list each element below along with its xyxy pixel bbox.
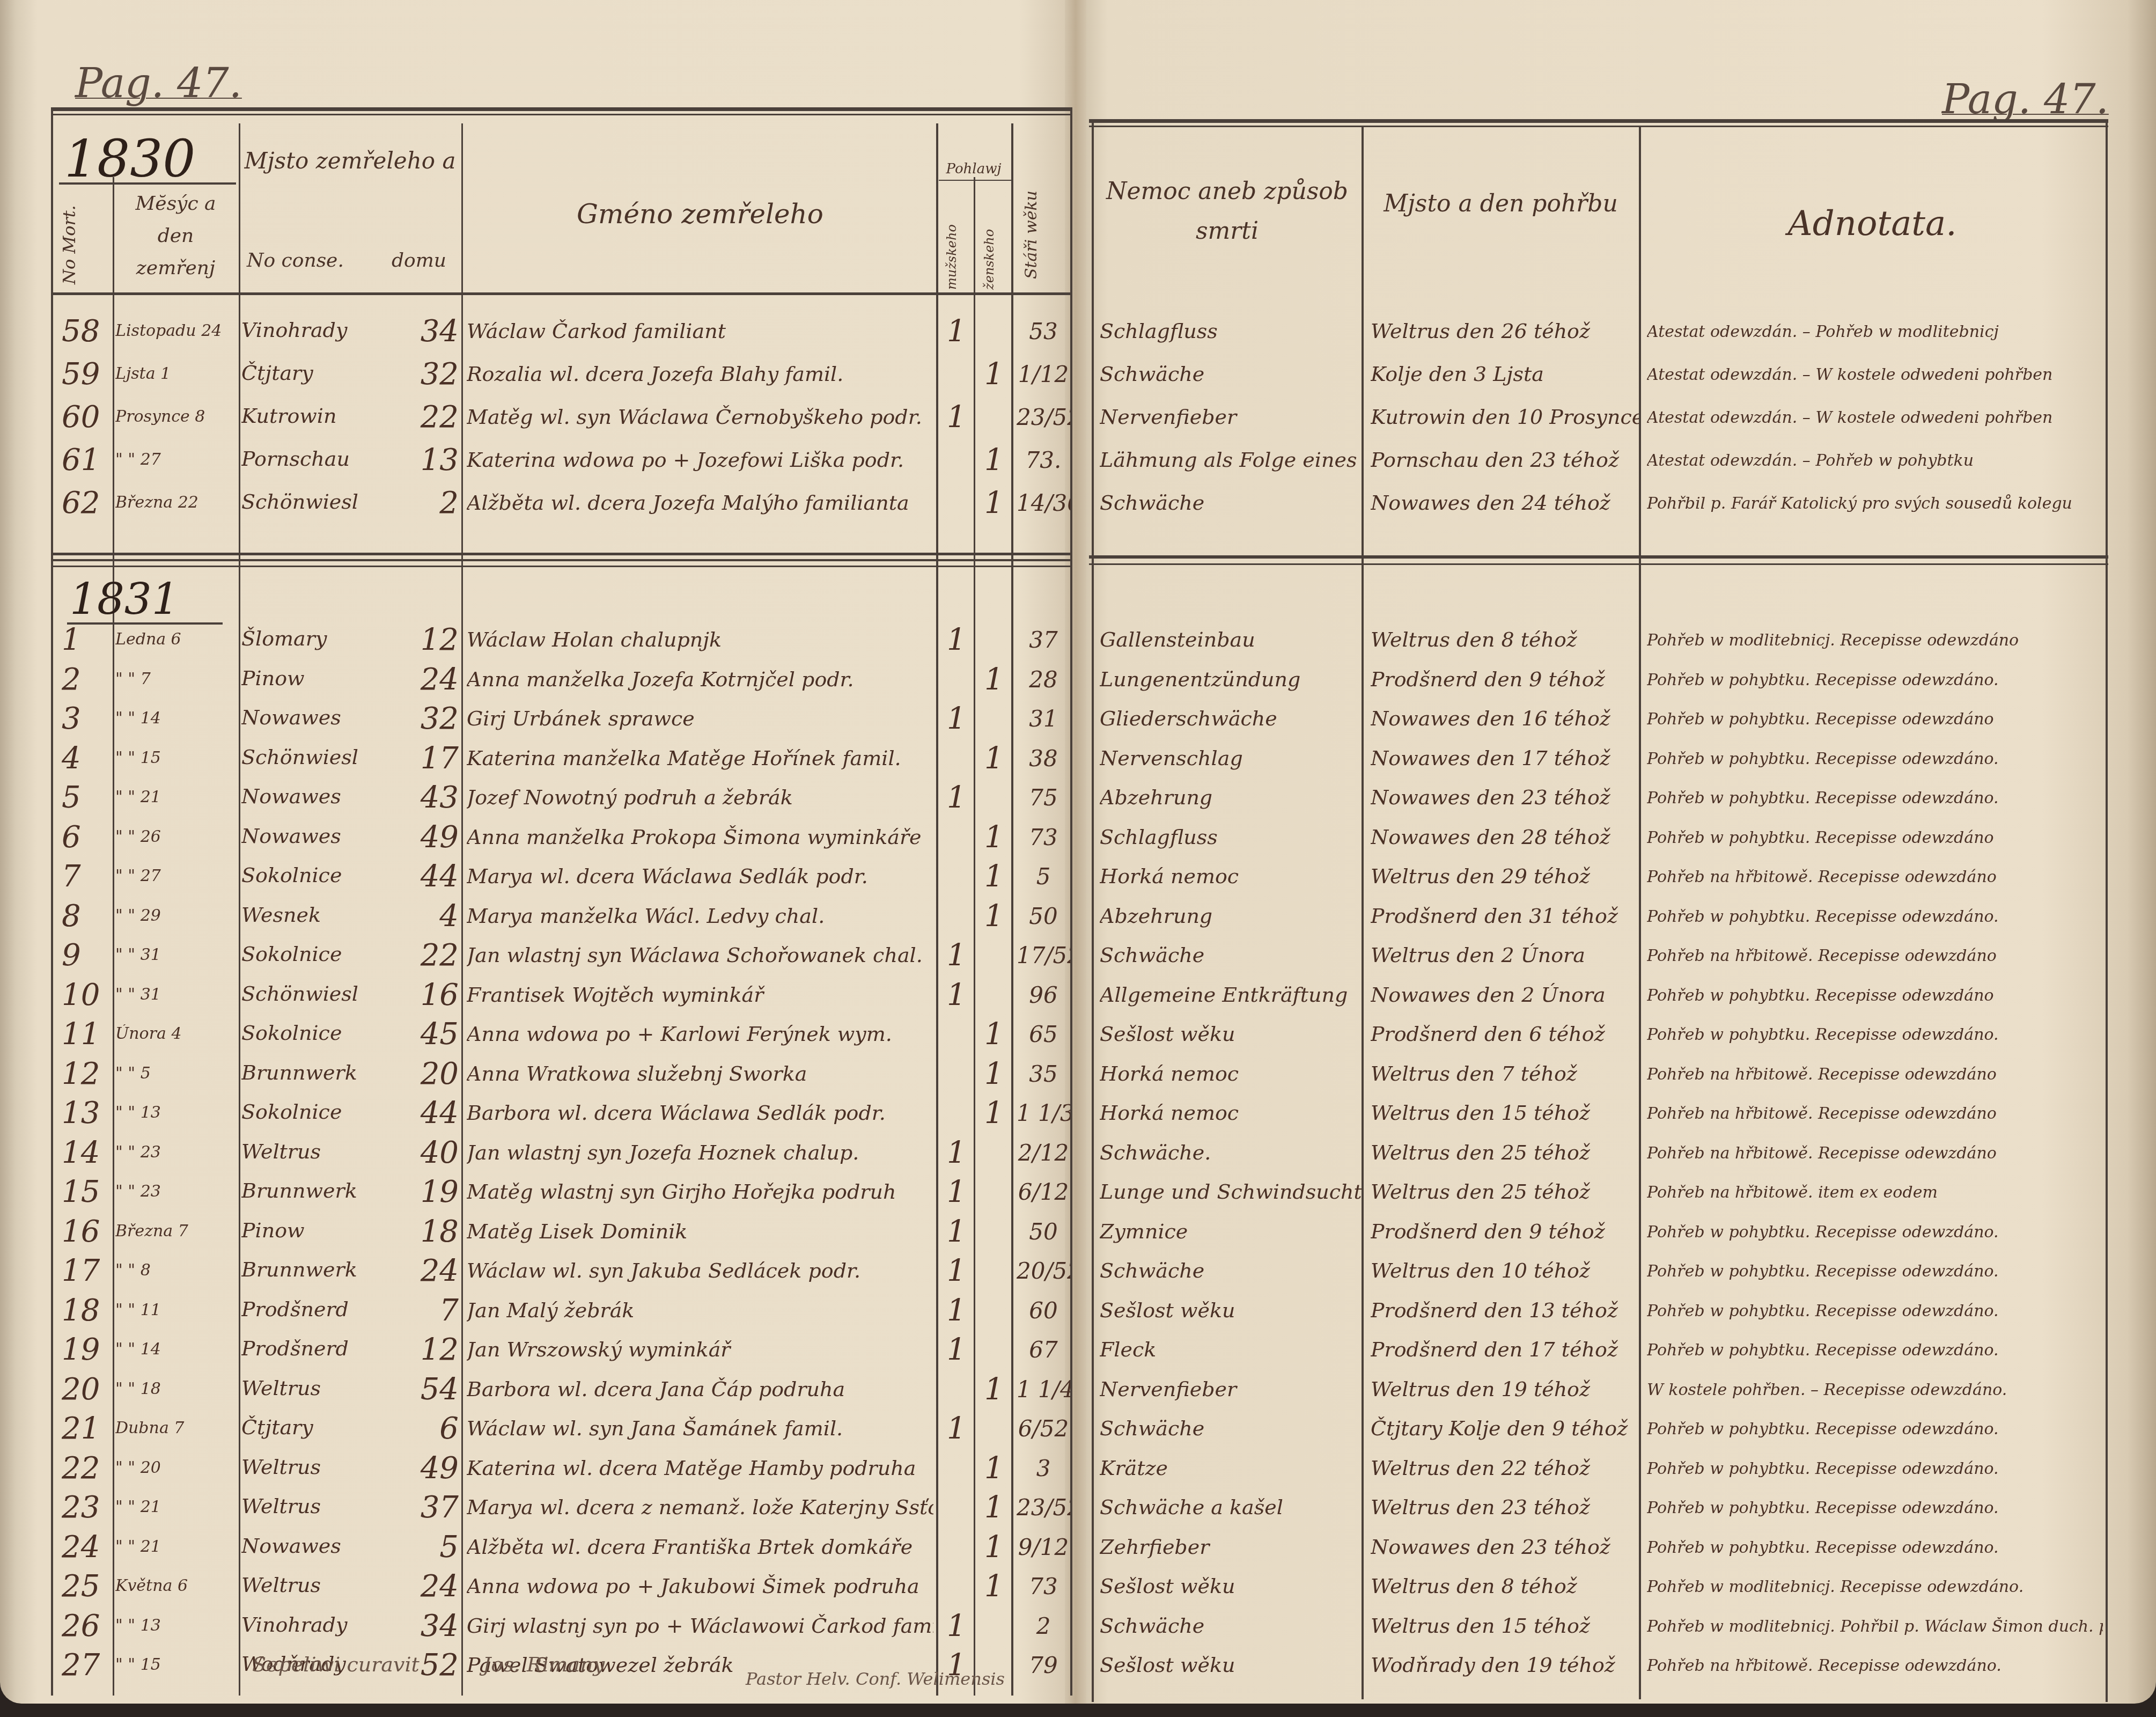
age: 73 [1017,1573,1070,1599]
house-number: 40 [394,1135,459,1170]
register-row-right: Sešlost wěkuProdšnerd den 6 téhožPohřeb … [1092,1017,2106,1059]
pohlawj-underline [939,180,1011,181]
entry-number: 23 [62,1490,100,1525]
entry-number: 4 [62,741,81,776]
header-annotations: Adnotata. [1642,204,2103,244]
deceased-name: Jozef Nowotný podruh a žebrák [467,786,933,809]
cause-of-death: Zymnice [1100,1220,1363,1243]
burial-place-date: Weltrus den 25 téhož [1371,1141,1639,1164]
entry-number: 18 [62,1293,100,1328]
annotation: W kostele pohřben. – Recepisse odewzdáno… [1647,1381,2103,1399]
deceased-name: Anna manželka Prokopa Šimona wyminkáře [467,825,933,849]
death-date: " " 21 [115,788,236,806]
place: Brunnwerk [241,1179,376,1202]
annotation: Pohřeb w pohybtku. Recepisse odewzdáno. [1647,1223,2103,1242]
register-row-right: KrätzeWeltrus den 22 téhožPohřeb w pohyb… [1092,1451,2106,1493]
annotation: Pohřbil p. Farář Katolický pro svých sou… [1647,494,2103,513]
house-number: 24 [394,1569,459,1604]
header-male: mužskeho [944,224,959,290]
register-row: 12" " 5Brunnwerk20Anna Wratkowa služebnj… [51,1056,1070,1098]
cause-of-death: Schwäche [1100,1417,1363,1440]
cause-of-death: Lähmung als Folge eines Schlagflusses [1100,448,1363,472]
male-count: 1 [947,978,966,1012]
burial-place-date: Weltrus den 10 téhož [1371,1259,1639,1282]
entry-number: 12 [62,1056,100,1091]
place: Pornschau [241,447,376,471]
register-row: 59Ljsta 1Čtjtary32Rozalia wl. dcera Joze… [51,357,1070,399]
header-domu: domu [392,250,446,272]
register-row-right: Lunge und SchwindsuchtWeltrus den 25 téh… [1092,1175,2106,1216]
place: Čtjtary [241,1415,376,1439]
male-count: 1 [947,1214,966,1249]
house-number: 24 [394,662,459,697]
section-1830-end-rule-3 [51,566,1070,567]
deceased-name: Katerina manželka Matěge Hořínek famil. [467,746,933,770]
death-date: " " 8 [115,1261,236,1280]
deceased-name: Jan wlastnj syn Jozefa Hoznek chalup. [467,1141,933,1164]
register-row-right: Sešlost wěkuWodňrady den 19 téhožPohřeb … [1092,1648,2106,1690]
register-row-right: AbzehrungProdšnerd den 31 téhožPohřeb w … [1092,899,2106,941]
age: 31 [1017,706,1070,732]
cause-of-death: Lungenentzündung [1100,667,1363,691]
place: Čtjtary [241,361,376,385]
place: Šlomary [241,627,376,650]
annotation: Pohřeb w pohybtku. Recepisse odewzdáno [1647,828,2103,847]
annotation: Atestat odewzdán. – W kostele odwedeni p… [1647,408,2103,427]
house-number: 32 [394,357,459,392]
deceased-name: Wáclaw wl. syn Jana Šamánek famil. [467,1417,933,1440]
header-burial: Mjsto a den pohřbu [1365,182,1636,225]
register-row: 16Března 7Pinow18Matěg Lisek Dominik150 [51,1214,1070,1256]
male-count: 1 [947,1253,966,1288]
house-number: 24 [394,1253,459,1288]
burial-place-date: Nowawes den 2 Února [1371,983,1639,1007]
register-row-right: Schwäche a kašelWeltrus den 23 téhožPohř… [1092,1490,2106,1532]
header-place: Mjsto zemřeleho a [241,140,459,182]
register-row-right: SchwächeKolje den 3 LjstaAtestat odewzdá… [1092,357,2106,399]
cause-of-death: Abzehrung [1100,904,1363,928]
female-count: 1 [984,741,1004,776]
register-row-right: NervenschlagNowawes den 17 téhožPohřeb w… [1092,741,2106,783]
death-date: " " 29 [115,906,236,925]
register-row: 4" " 15Schönwiesl17Katerina manželka Mat… [51,741,1070,783]
burial-place-date: Čtjtary Kolje den 9 téhož [1371,1417,1639,1440]
header-age: Stáři wěku [1022,190,1041,279]
deceased-name: Matěg wlastnj syn Girjho Hořejka podruh [467,1180,933,1204]
year-underline [59,182,236,185]
place: Brunnwerk [241,1061,376,1084]
place: Sokolnice [241,1021,376,1045]
cause-of-death: Gliederschwäche [1100,707,1363,730]
annotation: Pohřeb w pohybtku. Recepisse odewzdáno. [1647,789,2103,808]
place: Wesnek [241,903,376,927]
register-row: 19" " 14Prodšnerd12Jan Wrszowský wyminká… [51,1332,1070,1374]
annotation: Pohřeb w pohybtku. Recepisse odewzdáno [1647,710,2103,729]
death-date: " " 31 [115,985,236,1004]
age: 73. [1017,447,1070,473]
age: 96 [1017,982,1070,1008]
cause-of-death: Schwäche [1100,943,1363,967]
age: 20/52 [1017,1258,1070,1284]
annotation: Pohřeb w pohybtku. Recepisse odewzdáno [1647,986,2103,1005]
register-row-right: LungenentzündungProdšnerd den 9 téhožPoh… [1092,662,2106,704]
burial-place-date: Weltrus den 8 téhož [1371,628,1639,651]
annotation: Pohřeb w pohybtku. Recepisse odewzdáno. [1647,1538,2103,1557]
male-count: 1 [947,622,966,657]
house-number: 54 [394,1372,459,1407]
house-number: 7 [394,1293,459,1328]
open-register-book: Pag. 47. 1830 No Mort. Mĕsýc a den zemře… [0,0,2156,1717]
register-row-right: Horká nemocWeltrus den 29 téhožPohřeb na… [1092,859,2106,901]
register-row: 62Března 22Schönwiesl2Alžběta wl. dcera … [51,486,1070,527]
female-count: 1 [984,1451,1004,1486]
register-row: 11Února 4Sokolnice45Anna wdowa po + Karl… [51,1017,1070,1059]
burial-place-date: Weltrus den 15 téhož [1371,1101,1639,1125]
place: Weltrus [241,1573,376,1597]
entry-number: 6 [62,820,81,855]
year-1830: 1830 [64,129,195,189]
age: 2/12 [1017,1140,1070,1166]
header-month-day: Mĕsýc a den zemřenj [115,188,236,284]
header-no-consc: No conse. [247,250,344,272]
deceased-name: Girj wlastnj syn po + Wáclawowi Čarkod f… [467,1614,933,1638]
cause-of-death: Schlagfluss [1100,319,1363,343]
register-row: 7" " 27Sokolnice44Marya wl. dcera Wáclaw… [51,859,1070,901]
female-count: 1 [984,1372,1004,1407]
cause-of-death: Nervenfieber [1100,405,1363,429]
place: Nowawes [241,706,376,729]
deceased-name: Marya wl. dcera z nemanž. lože Katerjny … [467,1495,933,1519]
register-row-right: GliederschwächeNowawes den 16 téhožPohře… [1092,701,2106,743]
burial-place-date: Prodšnerd den 31 téhož [1371,904,1639,928]
place: Sokolnice [241,1100,376,1124]
death-date: " " 21 [115,1537,236,1556]
cause-of-death: Horká nemoc [1100,1062,1363,1085]
section-1830-end-rule-2 [51,559,1070,561]
entry-number: 59 [62,357,100,392]
entry-number: 25 [62,1569,100,1604]
register-row: 25Května 6Weltrus24Anna wdowa po + Jakub… [51,1569,1070,1611]
age: 3 [1017,1455,1070,1481]
death-date: " " 27 [115,867,236,885]
cause-of-death: Krätze [1100,1456,1363,1480]
house-number: 12 [394,1332,459,1367]
burial-place-date: Weltrus den 19 téhož [1371,1377,1639,1401]
cause-of-death: Schwäche. [1100,1141,1363,1164]
house-number: 22 [394,938,459,973]
cause-of-death: Schwäche [1100,1259,1363,1282]
deceased-name: Jan Wrszowský wyminkář [467,1338,933,1361]
male-count: 1 [947,1332,966,1367]
header-top-rule-thin [51,114,1070,115]
age: 1 1/3 [1017,1100,1070,1126]
entry-number: 7 [62,859,81,894]
burial-place-date: Weltrus den 26 téhož [1371,319,1639,343]
entry-number: 19 [62,1332,100,1367]
register-row-right: SchwächeWeltrus den 2 ÚnoraPohřeb na hřb… [1092,938,2106,980]
entry-number: 10 [62,978,100,1012]
age: 50 [1017,903,1070,929]
place: Prodšnerd [241,1297,376,1321]
burial-place-date: Weltrus den 7 téhož [1371,1062,1639,1085]
death-date: " " 18 [115,1380,236,1398]
female-count: 1 [984,357,1004,392]
annotation: Pohřeb na hřbitowě. Recepisse odewzdáno [1647,946,2103,965]
death-date: " " 23 [115,1143,236,1162]
death-date: Ljsta 1 [115,364,236,383]
register-row: 21Dubna 7Čtjtary6Wáclaw wl. syn Jana Šam… [51,1411,1070,1453]
entry-number: 26 [62,1609,100,1643]
deceased-name: Anna wdowa po + Karlowi Ferýnek wym. [467,1022,933,1046]
cause-of-death: Schwäche [1100,491,1363,515]
entry-number: 8 [62,899,81,934]
female-count: 1 [984,662,1004,697]
death-date: Května 6 [115,1576,236,1595]
male-count: 1 [947,780,966,815]
female-count: 1 [984,899,1004,934]
cause-of-death: Schlagfluss [1100,825,1363,849]
age: 73 [1017,824,1070,850]
house-number: 34 [394,1609,459,1643]
annotation: Pohřeb w modlitebnicj. Recepisse odewzdá… [1647,1577,2103,1596]
entry-number: 9 [62,938,81,973]
place: Weltrus [241,1455,376,1479]
cause-of-death: Schwäche [1100,1614,1363,1638]
house-number: 4 [394,899,459,934]
death-date: " " 23 [115,1182,236,1201]
place: Vinohrady [241,1613,376,1637]
right-section-rule-thin [1089,563,2108,565]
register-row: 6" " 26Nowawes49Anna manželka Prokopa Ši… [51,820,1070,862]
register-row: 24" " 21Nowawes5Alžběta wl. dcera Franti… [51,1530,1070,1572]
house-number: 17 [394,741,459,776]
burial-place-date: Prodšnerd den 6 téhož [1371,1022,1639,1046]
death-date: Listopadu 24 [115,321,236,340]
burial-place-date: Prodšnerd den 13 téhož [1371,1298,1639,1322]
cause-of-death: Schwäche [1100,362,1363,386]
entry-number: 22 [62,1451,100,1486]
register-row-right: Sešlost wěkuProdšnerd den 13 téhožPohřeb… [1092,1293,2106,1335]
annotation: Pohřeb na hřbitowě. Recepisse odewzdáno [1647,1104,2103,1123]
death-date: Února 4 [115,1024,236,1043]
deceased-name: Frantisek Wojtěch wyminkář [467,983,933,1007]
age: 17/52 [1017,942,1070,968]
cause-of-death: Allgemeine Entkräftung [1100,983,1363,1007]
register-row-right: GallensteinbauWeltrus den 8 téhožPohřeb … [1092,622,2106,664]
burial-place-date: Prodšnerd den 17 téhož [1371,1338,1639,1361]
cause-of-death: Schwäche a kašel [1100,1495,1363,1519]
female-count: 1 [984,1490,1004,1525]
deceased-name: Katerina wl. dcera Matěge Hamby podruha [467,1456,933,1480]
death-date: Prosynce 8 [115,407,236,426]
death-date: " " 31 [115,945,236,964]
entry-number: 1 [62,622,81,657]
house-number: 37 [394,1490,459,1525]
annotation: Pohřeb na hřbitowě. Recepisse odewzdáno [1647,1065,2103,1084]
burial-place-date: Nowawes den 23 téhož [1371,1535,1639,1559]
annotation: Pohřeb w pohybtku. Recepisse odewzdáno. [1647,1262,2103,1281]
death-date: " " 5 [115,1064,236,1083]
death-date: " " 20 [115,1458,236,1477]
cause-of-death: Sešlost wěku [1100,1653,1363,1677]
age: 50 [1017,1219,1070,1245]
burial-place-date: Kutrowin den 10 Prosynce [1371,405,1639,429]
burial-place-date: Weltrus den 8 téhož [1371,1574,1639,1598]
house-number: 6 [394,1411,459,1446]
male-count: 1 [947,1411,966,1446]
house-number: 22 [394,400,459,435]
age: 28 [1017,666,1070,693]
cause-of-death: Nervenfieber [1100,1377,1363,1401]
place: Weltrus [241,1140,376,1163]
burial-place-date: Nowawes den 16 téhož [1371,707,1639,730]
register-row-right: ZehrfieberNowawes den 23 téhožPohřeb w p… [1092,1530,2106,1572]
annotation: Pohřeb w pohybtku. Recepisse odewzdáno. [1647,750,2103,768]
house-number: 12 [394,622,459,657]
place: Schönwiesl [241,982,376,1006]
age: 1/12 [1017,361,1070,387]
cause-of-death: Nervenschlag [1100,746,1363,770]
register-row: 14" " 23Weltrus40Jan wlastnj syn Jozefa … [51,1135,1070,1177]
male-count: 1 [947,400,966,435]
cause-of-death: Lunge und Schwindsucht [1100,1180,1363,1204]
burial-place-date: Weltrus den 2 Února [1371,943,1639,967]
house-number: 19 [394,1175,459,1209]
section-1830-end-rule [51,553,1070,555]
register-row-right: Allgemeine EntkräftungNowawes den 2 Únor… [1092,978,2106,1019]
house-number: 18 [394,1214,459,1249]
house-number: 32 [394,701,459,736]
annotation: Atestat odewzdán. – Pohřeb w pohybtku [1647,451,2103,470]
female-count: 1 [984,859,1004,894]
male-count: 1 [947,1293,966,1328]
register-row-right: ZymniceProdšnerd den 9 téhožPohřeb w poh… [1092,1214,2106,1256]
register-row: 13" " 13Sokolnice44Barbora wl. dcera Wác… [51,1096,1070,1138]
annotation: Pohřeb w pohybtku. Recepisse odewzdáno. [1647,1499,2103,1517]
annotation: Pohřeb w modlitebnicj. Pohřbil p. Wáclaw… [1647,1617,2103,1636]
annotation: Pohřeb w pohybtku. Recepisse odewzdáno. [1647,1420,2103,1439]
place: Nowawes [241,1534,376,1558]
deceased-name: Alžběta wl. dcera Jozefa Malýho familian… [467,491,933,515]
right-header-top-rule-thin [1089,126,2108,127]
entry-number: 16 [62,1214,100,1249]
age: 23/52 [1017,404,1070,430]
entry-number: 21 [62,1411,100,1446]
death-date: " " 27 [115,450,236,469]
register-row: 60Prosynce 8Kutrowin22Matěg wl. syn Wácl… [51,400,1070,442]
place: Pinow [241,1219,376,1242]
right-border [2106,119,2108,1702]
entry-number: 2 [62,662,81,697]
right-page-label: Pag. 47. [1942,75,2109,123]
death-date: Března 7 [115,1222,236,1241]
year-1831: 1831 [70,574,179,624]
register-row: 5" " 21Nowawes43Jozef Nowotný podruh a ž… [51,780,1070,822]
deceased-name: Marya wl. dcera Wáclawa Sedlák podr. [467,864,933,888]
register-row: 23" " 21Weltrus37Marya wl. dcera z neman… [51,1490,1070,1532]
male-count: 1 [947,1609,966,1643]
deceased-name: Matěg wl. syn Wáclawa Černobyškeho podr. [467,405,933,429]
death-date: " " 11 [115,1301,236,1319]
age: 14/365 [1017,490,1070,516]
deceased-name: Marya manželka Wácl. Ledvy chal. [467,904,933,928]
entry-number: 58 [62,314,100,349]
annotation: Pohřeb w pohybtku. Recepisse odewzdáno. [1647,671,2103,689]
death-date: Dubna 7 [115,1419,236,1437]
annotation: Pohřeb w pohybtku. Recepisse odewzdáno. [1647,1025,2103,1044]
annotation: Pohřeb na hřbitowě. Recepisse odewzdáno [1647,868,2103,886]
deceased-name: Rozalia wl. dcera Jozefa Blahy famil. [467,362,933,386]
annotation: Pohřeb w pohybtku. Recepisse odewzdáno. [1647,1302,2103,1320]
entry-number: 11 [62,1017,100,1052]
age: 75 [1017,784,1070,811]
house-number: 44 [394,859,459,894]
age: 9/12 [1017,1534,1070,1560]
death-date: Března 22 [115,493,236,512]
place: Nowawes [241,824,376,848]
burial-place-date: Nowawes den 28 téhož [1371,825,1639,849]
death-date: " " 13 [115,1103,236,1122]
death-date: " " 7 [115,670,236,688]
annotation: Atestat odewzdán. – Pohřeb w modlitebnic… [1647,322,2103,341]
register-row: 20" " 18Weltrus54Barbora wl. dcera Jana … [51,1372,1070,1414]
burial-place-date: Prodšnerd den 9 téhož [1371,1220,1639,1243]
death-date: " " 15 [115,1655,236,1674]
deceased-name: Wáclaw Holan chalupnjk [467,628,933,651]
place: Weltrus [241,1494,376,1518]
age: 38 [1017,745,1070,772]
age: 37 [1017,627,1070,653]
annotation: Pohřeb w modlitebnicj. Recepisse odewzdá… [1647,631,2103,650]
age: 35 [1017,1061,1070,1087]
deceased-name: Matěg Lisek Dominik [467,1220,933,1243]
death-date: " " 15 [115,749,236,767]
entry-number: 13 [62,1096,100,1131]
entry-number: 24 [62,1530,100,1565]
entry-number: 27 [62,1648,100,1683]
register-row-right: SchwächeWeltrus den 10 téhožPohřeb w poh… [1092,1253,2106,1295]
annotation: Pohřeb w pohybtku. Recepisse odewzdáno. [1647,907,2103,926]
age: 60 [1017,1297,1070,1324]
age: 53 [1017,318,1070,344]
register-row-right: Horká nemocWeltrus den 15 téhožPohřeb na… [1092,1096,2106,1138]
place: Weltrus [241,1376,376,1400]
house-number: 49 [394,1451,459,1486]
register-row: 22" " 20Weltrus49Katerina wl. dcera Matě… [51,1451,1070,1493]
burial-place-date: Weltrus den 29 téhož [1371,864,1639,888]
deceased-name: Girj Urbánek sprawce [467,707,933,730]
house-number: 13 [394,443,459,478]
sepeliwi-curavit: Sepeliwi curavit [252,1653,420,1676]
entry-number: 20 [62,1372,100,1407]
register-row: 8" " 29Wesnek4Marya manželka Wácl. Ledvy… [51,899,1070,941]
register-row-right: SchlagflussNowawes den 28 téhožPohřeb w … [1092,820,2106,862]
burial-place-date: Weltrus den 15 téhož [1371,1614,1639,1638]
burial-place-date: Pornschau den 23 téhož [1371,448,1639,472]
death-date: " " 13 [115,1616,236,1635]
entry-number: 14 [62,1135,100,1170]
place: Nowawes [241,784,376,808]
register-row-right: Schwäche.Weltrus den 25 téhožPohřeb na h… [1092,1135,2106,1177]
annotation: Pohřeb w pohybtku. Recepisse odewzdáno. [1647,1341,2103,1360]
register-row-right: Sešlost wěkuWeltrus den 8 téhožPohřeb w … [1092,1569,2106,1611]
place: Sokolnice [241,863,376,887]
cause-of-death: Abzehrung [1100,786,1363,809]
register-row: 18" " 11Prodšnerd7Jan Malý žebrák160 [51,1293,1070,1335]
entry-number: 5 [62,780,81,815]
register-row-right: SchwächeČtjtary Kolje den 9 téhožPohřeb … [1092,1411,2106,1453]
burial-place-date: Weltrus den 23 téhož [1371,1495,1639,1519]
